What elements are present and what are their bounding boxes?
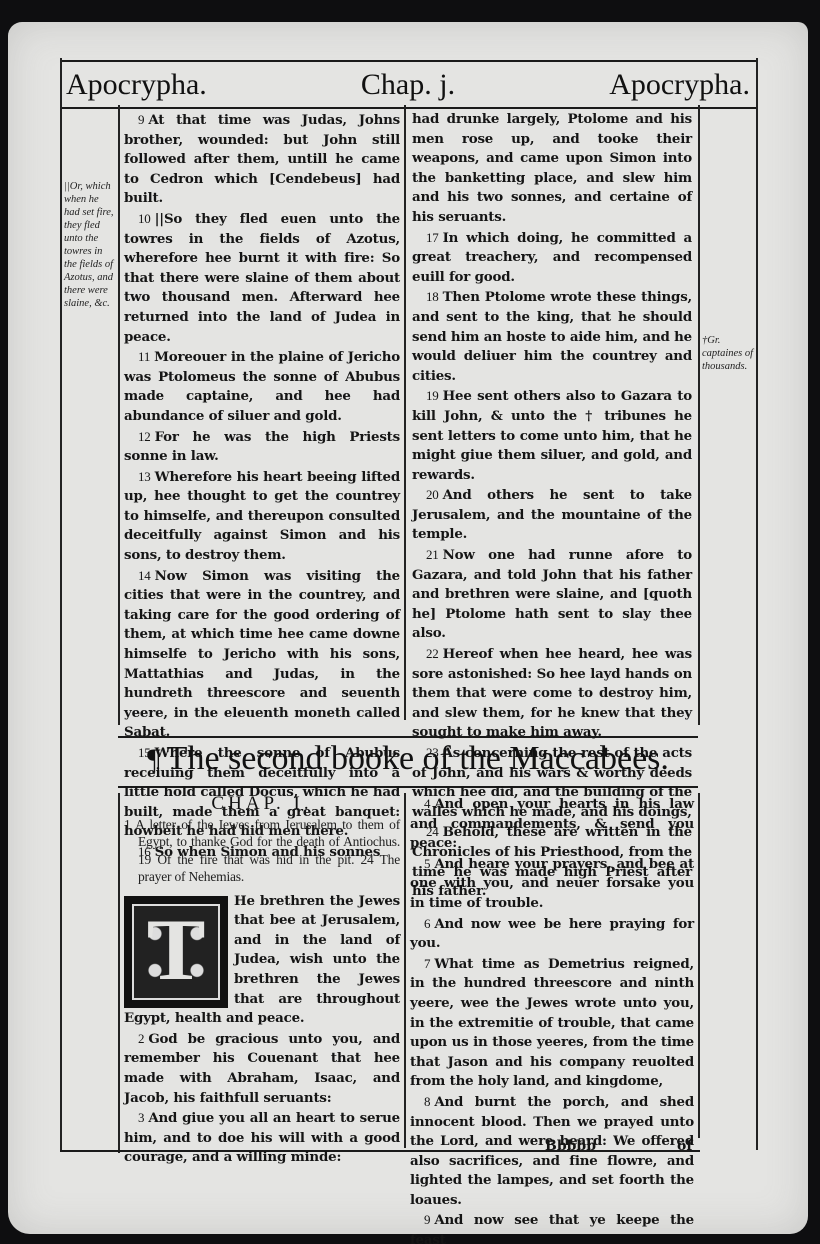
verse: 17In which doing, he committed a great t… xyxy=(412,228,692,288)
column-divider-bottom xyxy=(404,793,406,1148)
running-header: Apocrypha. Chap. j. Apocrypha. xyxy=(60,60,756,109)
verse: 9At that time was Judas, Johns brother, … xyxy=(124,110,400,209)
verse: 21Now one had runne afore to Gazara, and… xyxy=(412,545,692,644)
verse: 20And others he sent to take Jerusalem, … xyxy=(412,485,692,545)
inner-right-rule xyxy=(698,105,700,725)
header-center: Chap. j. xyxy=(355,68,461,102)
margin-note-left: ||Or, which when he had set fire, they f… xyxy=(64,180,116,310)
verse: 3And giue you all an heart to serue him,… xyxy=(124,1108,400,1168)
chapter-heading: CHAP. I. xyxy=(124,794,400,814)
verse: 13Wherefore his heart beeing lifted up, … xyxy=(124,467,400,566)
header-left: Apocrypha. xyxy=(60,68,213,102)
verse: 11Moreouer in the plaine of Jericho was … xyxy=(124,347,400,426)
book-title-text: The second booke of the Maccabees. xyxy=(167,740,669,777)
pilcrow-icon: ¶ xyxy=(147,743,161,776)
top-right-column: had drunke largely, Ptolome and his men … xyxy=(412,110,692,902)
outer-right-rule xyxy=(756,58,758,1150)
bottom-right-column: 4And open your hearts in his law and com… xyxy=(410,794,694,1244)
verse: 19Hee sent others also to Gazara to kill… xyxy=(412,386,692,485)
verse: 9And now see that ye keepe the feast xyxy=(410,1210,694,1244)
inner-right-rule-bottom xyxy=(698,793,700,1138)
margin-note-right: †Gr. captaines of thousands. xyxy=(702,334,754,373)
chapter-opening: T He brethren the Jewes that bee at Jeru… xyxy=(124,892,400,1029)
outer-left-rule xyxy=(60,58,62,1150)
verse: 7What time as Demetrius reigned, in the … xyxy=(410,954,694,1092)
column-divider-top xyxy=(404,105,406,720)
catchword: of xyxy=(677,1138,692,1154)
verse: 18Then Ptolome wrote these things, and s… xyxy=(412,287,692,386)
drop-cap: T xyxy=(124,896,228,1008)
header-right: Apocrypha. xyxy=(603,68,756,102)
book-title: ¶The second booke of the Maccabees. xyxy=(120,740,696,778)
verse: 5And heare your prayers, and bee at one … xyxy=(410,854,694,914)
verse: 10||So they fled euen unto the towres in… xyxy=(124,209,400,347)
verse: 2God be gracious unto you, and remember … xyxy=(124,1029,400,1108)
verse: 22Hereof when hee heard, hee was sore as… xyxy=(412,644,692,743)
inner-left-rule xyxy=(118,105,120,725)
signature-mark: Bbbbb xyxy=(545,1138,596,1154)
chapter-summary: 1 A letter of the Iewes from Ierusalem t… xyxy=(124,816,400,886)
bottom-left-column: CHAP. I. 1 A letter of the Iewes from Ie… xyxy=(124,794,400,1168)
verse: 12For he was the high Priests sonne in l… xyxy=(124,427,400,467)
verse: 14Now Simon was visiting the cities that… xyxy=(124,566,400,743)
inner-left-rule-bottom xyxy=(118,793,120,1153)
verse: 4And open your hearts in his law and com… xyxy=(410,794,694,854)
verse: had drunke largely, Ptolome and his men … xyxy=(412,110,692,228)
verse: 6And now wee be here praying for you. xyxy=(410,914,694,954)
